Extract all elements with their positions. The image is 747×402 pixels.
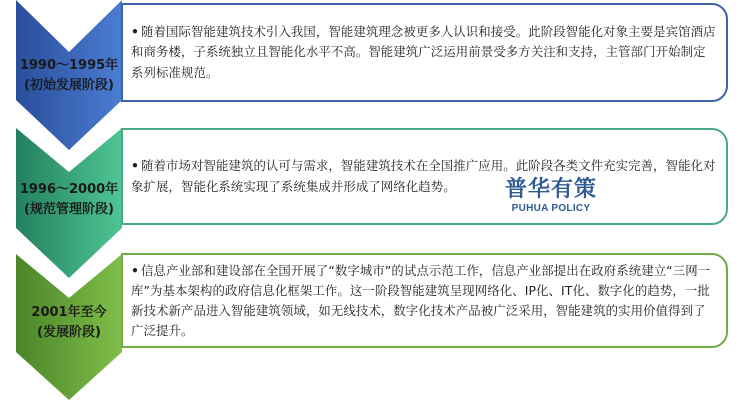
stage-label-2: 1996～2000年 (规范管理阶段) bbox=[8, 180, 130, 220]
stage-years: 1990～1995年 bbox=[8, 56, 130, 76]
stage-label-1: 1990～1995年 (初始发展阶段) bbox=[8, 56, 130, 96]
stage-phase: (规范管理阶段) bbox=[8, 200, 130, 220]
stage-description-box-2: •随着市场对智能建筑的认可与需求，智能建筑技术在全国推广应用。此阶段各类文件充实… bbox=[121, 128, 728, 225]
stage-description-box-3: •信息产业部和建设部在全国开展了“数字城市”的试点示范工作，信息产业部提出在政府… bbox=[121, 253, 728, 348]
bullet-icon: • bbox=[131, 158, 139, 173]
stage-phase: (发展阶段) bbox=[8, 323, 130, 343]
stage-label-3: 2001年至今 (发展阶段) bbox=[8, 303, 130, 343]
bullet-icon: • bbox=[131, 24, 139, 39]
stage-description: •随着国际智能建筑技术引入我国，智能建筑理念被更多人认识和接受。此阶段智能化对象… bbox=[131, 22, 716, 84]
stage-description-box-1: •随着国际智能建筑技术引入我国，智能建筑理念被更多人认识和接受。此阶段智能化对象… bbox=[121, 3, 728, 102]
stage-description-text: 随着国际智能建筑技术引入我国，智能建筑理念被更多人认识和接受。此阶段智能化对象主… bbox=[131, 24, 716, 80]
bullet-icon: • bbox=[131, 263, 139, 278]
watermark-cn: 普华有策 bbox=[505, 178, 597, 202]
stage-description: •信息产业部和建设部在全国开展了“数字城市”的试点示范工作，信息产业部提出在政府… bbox=[131, 261, 716, 341]
stage-phase: (初始发展阶段) bbox=[8, 76, 130, 96]
watermark-en: PUHUA POLICY bbox=[505, 202, 597, 216]
stage-description: •随着市场对智能建筑的认可与需求，智能建筑技术在全国推广应用。此阶段各类文件充实… bbox=[131, 156, 716, 197]
stage-description-text: 信息产业部和建设部在全国开展了“数字城市”的试点示范工作，信息产业部提出在政府系… bbox=[131, 263, 710, 338]
stage-years: 1996～2000年 bbox=[8, 180, 130, 200]
stage-description-text: 随着市场对智能建筑的认可与需求，智能建筑技术在全国推广应用。此阶段各类文件充实完… bbox=[131, 158, 716, 194]
stage-years: 2001年至今 bbox=[8, 303, 130, 323]
watermark-logo: 普华有策 PUHUA POLICY bbox=[505, 178, 597, 216]
